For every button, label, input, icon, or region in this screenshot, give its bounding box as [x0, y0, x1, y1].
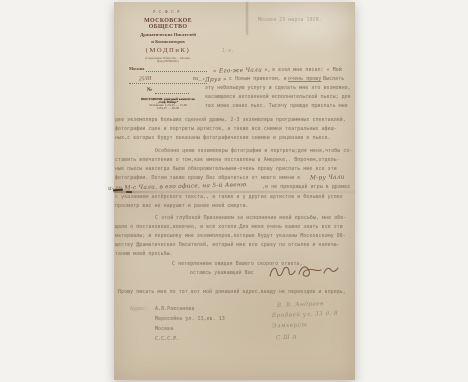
- typed-text-line: фотографии. Потом также прошу Вас обрати…: [115, 177, 300, 182]
- typed-text-line: ные пьесы навсегда были обворожительными…: [115, 168, 337, 173]
- handwritten-text: Друг »: [205, 78, 227, 84]
- typed-text-line: ных,с которых будут показаны фотографиче…: [115, 137, 331, 142]
- typed-text-line: ществу Драматических Писателей, который …: [115, 244, 340, 249]
- typed-text-line: Прошу писать мне по тот вот мой домашний…: [118, 291, 346, 296]
- typed-text-line: фотографии сцен и портреты артистов, а т…: [115, 128, 337, 133]
- handwritten-text: и-ли М-с Чали, в его офисе, на 5-й Авеню: [108, 183, 247, 192]
- typed-text-line: Москва: [155, 328, 173, 333]
- pencil-text: В. В. Андреев: [277, 302, 324, 309]
- letter-photograph: Р.С.Ф.С.Р. МОСКОВСКОЕ ОБЩЕСТВО Драматиче…: [0, 0, 468, 382]
- ink-signature: [268, 263, 340, 283]
- pencil-text: Бродвей ул. 33 д. 8: [272, 312, 338, 320]
- pencil-text: С Ш А: [276, 336, 297, 343]
- typed-text-line: Адрес:: [130, 308, 148, 313]
- typed-text-line: танию моей просьбы.: [115, 253, 173, 258]
- typed-text-line: с указанием актёрского текста,, а также …: [115, 196, 343, 201]
- typed-text-line: просмотр вас не нарушит и ранее моей сме…: [115, 205, 249, 210]
- typed-text-line: Особенно ценю экземпляры фотографии и по…: [155, 150, 352, 155]
- handwritten-text: М-ру Чали: [310, 176, 345, 183]
- typed-text-line: ставить впечатление о том,как имена пост…: [115, 159, 340, 164]
- typed-text-line: Маросейка ул. 13,кв. 13: [155, 318, 225, 323]
- typed-text-line: остаюсь уважающий Вас: [190, 272, 254, 277]
- typed-text-line: две экземпляра больших сценной драмы, 2-…: [115, 119, 346, 124]
- typed-text-line: материалы; и пересылку мне экземпляров,к…: [115, 235, 346, 240]
- typed-text-line: С этой глубокой Признанием за исполнение…: [155, 217, 346, 222]
- handwritten-text: « Его-же Чали »,: [213, 68, 270, 75]
- typed-text-line: я взял мне писал: « Мой: [272, 69, 342, 74]
- typed-text-line: тех моих синих пьес. Тысячу прежде присл…: [205, 105, 348, 110]
- typed-text-line: ,и не прекращай игры в драмах: [262, 186, 350, 191]
- typed-text-line: с Новым приветом, и: [229, 78, 287, 83]
- pencil-text: Элмхерст: [272, 323, 307, 330]
- typed-text-line: Москва 23 марта 1928.: [258, 19, 322, 24]
- typed-text-line: А.В.Роксанова: [155, 308, 195, 313]
- typed-text-line: касающееся актовенной исполнительской пь…: [205, 96, 351, 101]
- typed-text-line: Выслать: [323, 78, 344, 83]
- typed-text-line: 1-я.: [222, 50, 234, 55]
- typed-text-line: щали о постановках,конечно, и все хотели…: [115, 226, 343, 231]
- typed-text-line: С.С.С.Р.: [155, 338, 179, 343]
- typed-text-line: очень прошу: [288, 78, 321, 83]
- typed-text-line: эту небольшую услугу и сделать мне это в…: [205, 87, 351, 92]
- body-text-layer: Москва 23 марта 1928.1-я.« Его-же Чали »…: [0, 0, 468, 382]
